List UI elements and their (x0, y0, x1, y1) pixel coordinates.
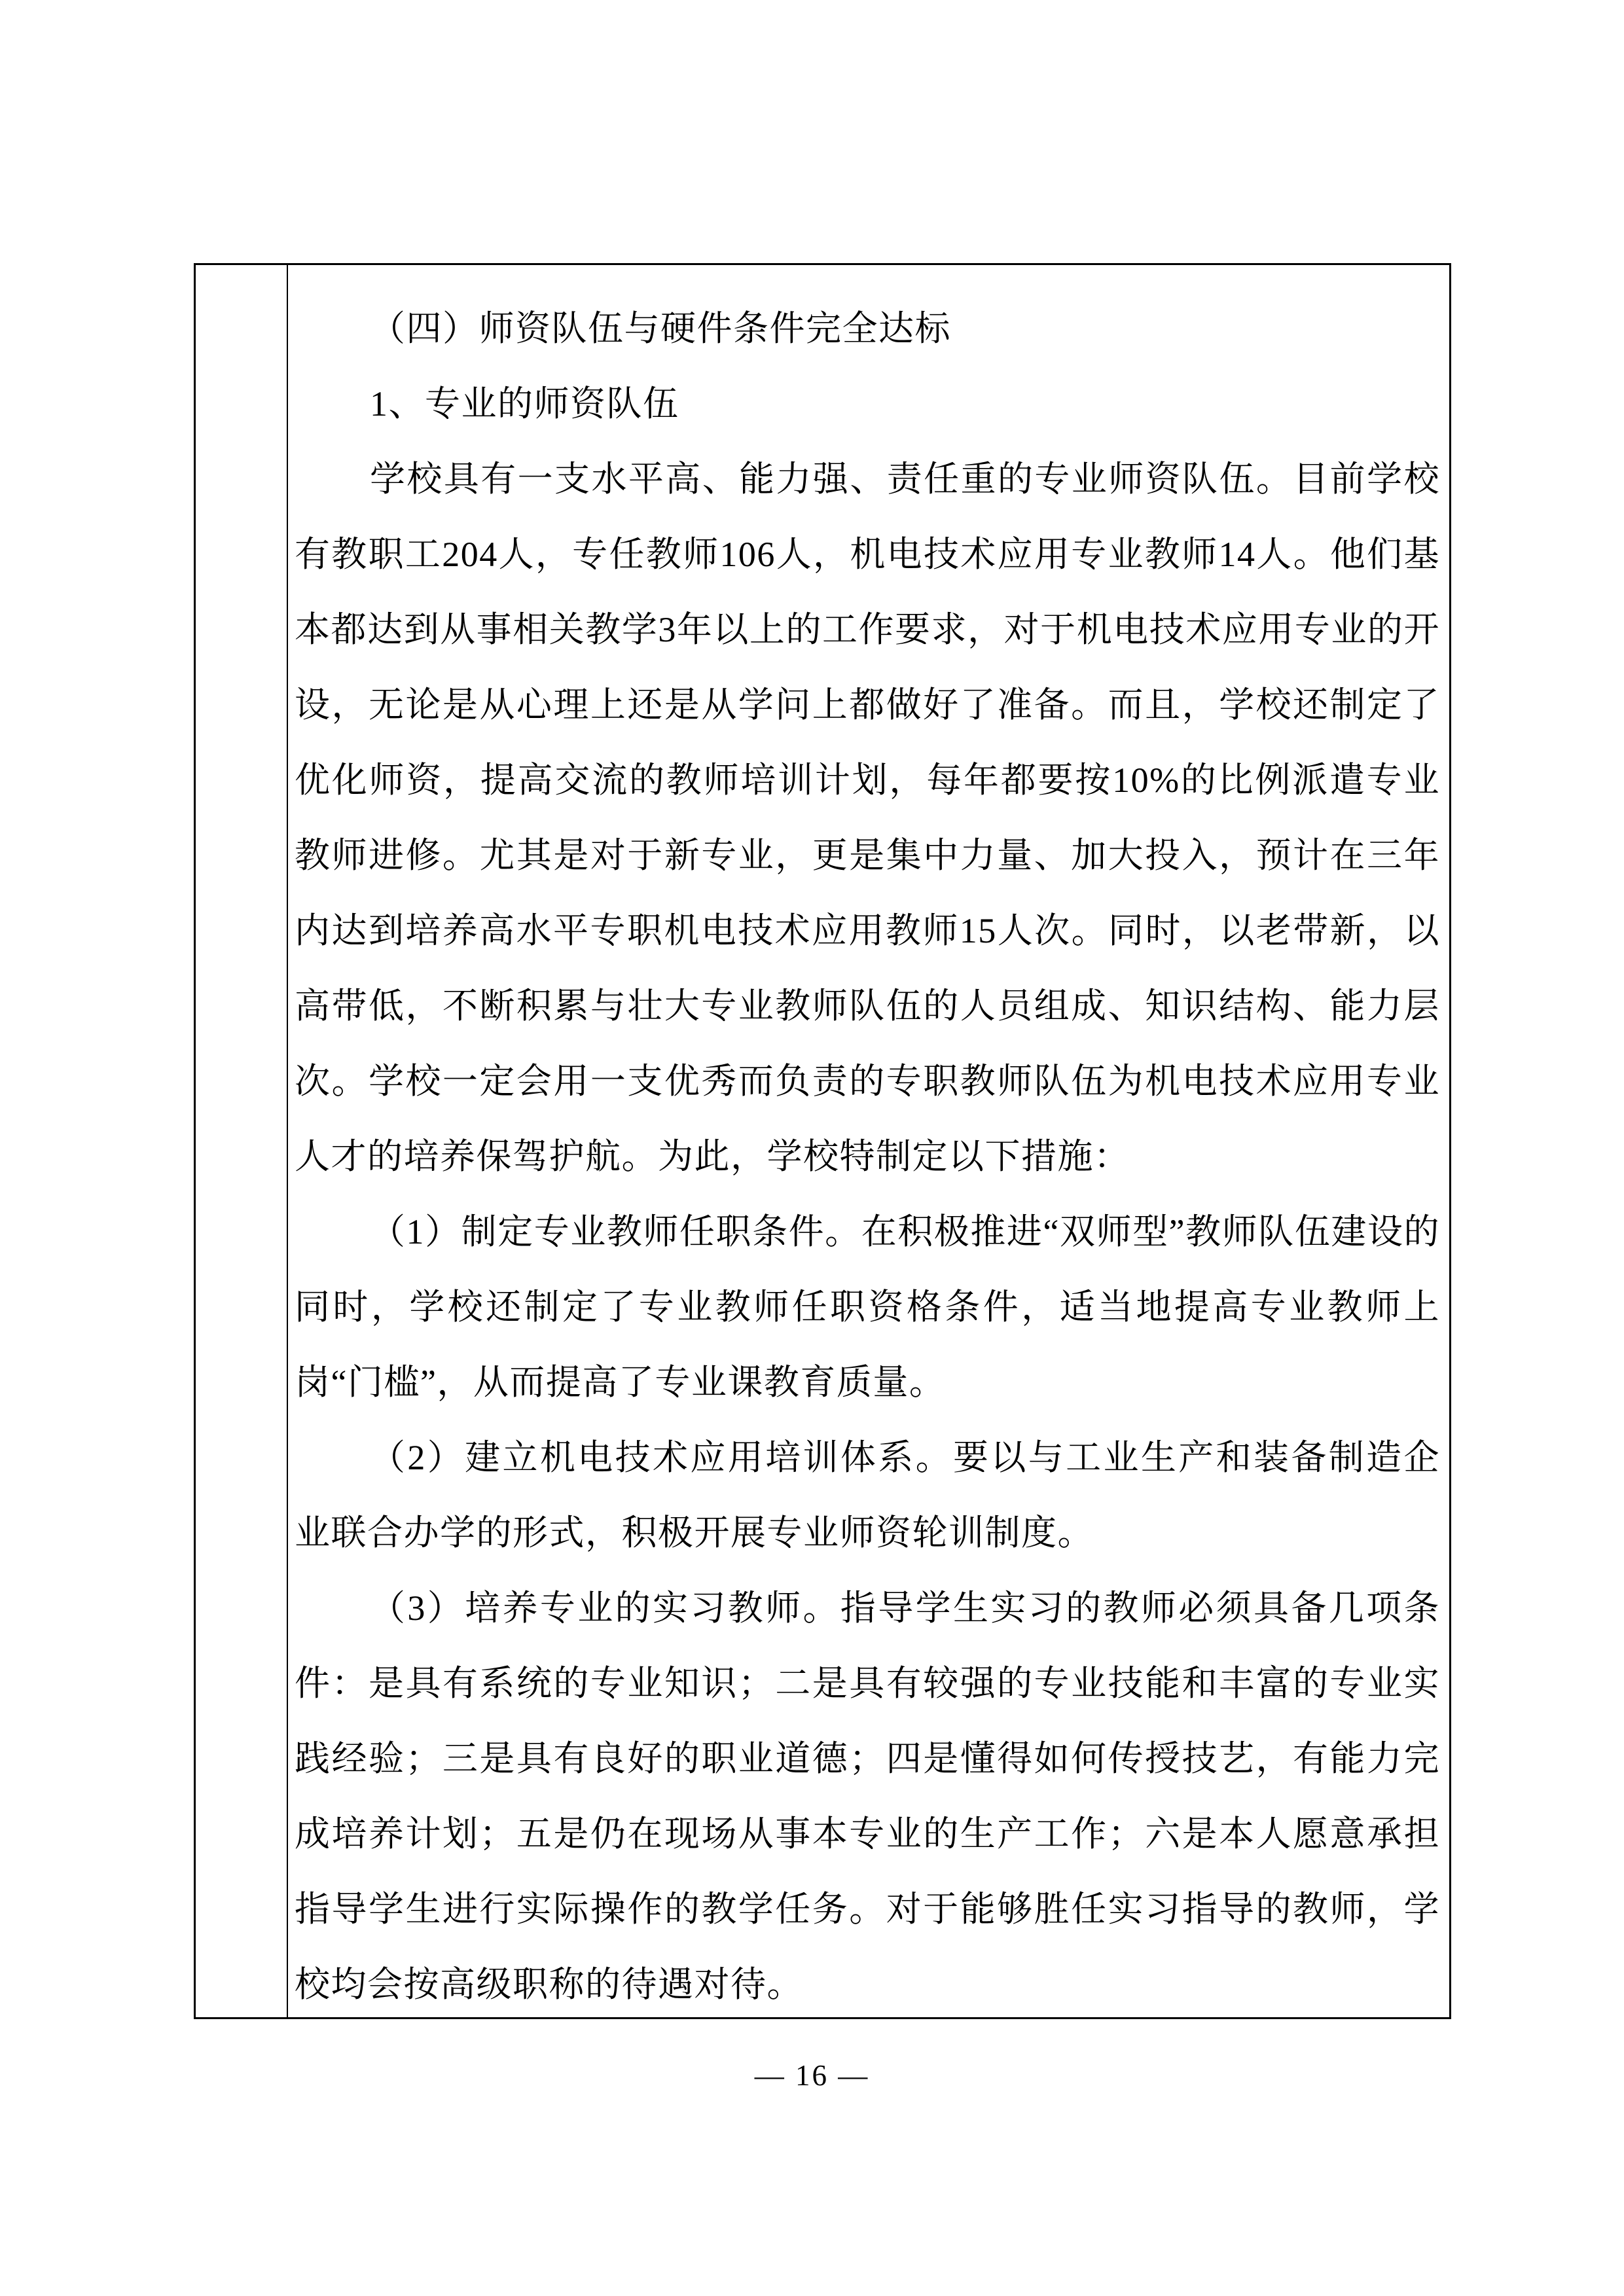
measure-item-1-paragraph: （1）制定专业教师任职条件。在积极推进“双师型”教师队伍建设的同时，学校还制定了… (295, 1194, 1440, 1420)
table-left-stub-cell (196, 265, 288, 2017)
body-paragraph: 学校具有一支水平高、能力强、责任重的专业师资队伍。目前学校有教职工204人，专任… (295, 442, 1440, 1194)
section-heading: （四）师资队伍与硬件条件完全达标 (295, 291, 1440, 367)
measure-item-3-paragraph: （3）培养专业的实习教师。指导学生实习的教师必须具备几项条件：是具有系统的专业知… (295, 1571, 1440, 2017)
subsection-heading: 1、专业的师资队伍 (295, 367, 1440, 442)
measure-item-2-paragraph: （2）建立机电技术应用培训体系。要以与工业生产和装备制造企业联合办学的形式，积极… (295, 1420, 1440, 1571)
document-page: （四）师资队伍与硬件条件完全达标 1、专业的师资队伍 学校具有一支水平高、能力强… (0, 0, 1624, 2296)
table-content-cell: （四）师资队伍与硬件条件完全达标 1、专业的师资队伍 学校具有一支水平高、能力强… (288, 265, 1449, 2017)
content-table: （四）师资队伍与硬件条件完全达标 1、专业的师资队伍 学校具有一支水平高、能力强… (194, 263, 1451, 2019)
page-number: — 16 — (0, 2058, 1624, 2092)
